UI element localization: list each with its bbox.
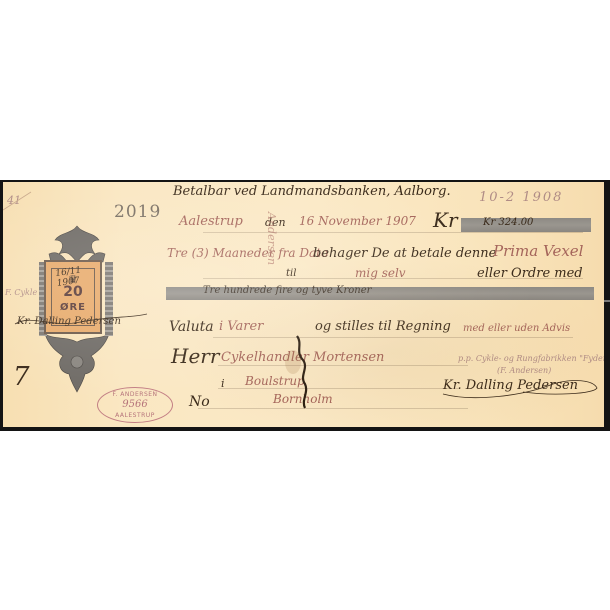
oval-dealer-stamp: F. ANDERSEN 9566 AALESTRUP (97, 387, 173, 423)
town-line (218, 388, 458, 389)
stamp-signature-flourish (11, 310, 151, 330)
date-written: 16 November 1907 (299, 214, 416, 228)
valuta-value: i Varer (219, 319, 263, 334)
oval-stamp-number: 9566 (98, 399, 172, 410)
date-line (203, 232, 583, 233)
term-text: Tre (3) Maaneder fra Dato (167, 246, 328, 260)
ornament-top-icon (41, 224, 113, 264)
serial-number: 2019 (114, 202, 161, 222)
drawee-line (218, 365, 468, 366)
payable-line: Betalbar ved Landmandsbanken, Aalborg. (173, 184, 451, 199)
region-line (198, 408, 468, 409)
margin-corner-stroke (3, 190, 33, 212)
signature-flourish (433, 372, 603, 402)
herr-label: Herr (171, 344, 219, 368)
received-date-stamp: 10-2 1908 (479, 190, 563, 205)
valuta-label: Valuta (169, 319, 214, 335)
place: Aalestrup (179, 214, 243, 229)
ink-blot-mark (283, 332, 323, 412)
ornament-bottom-icon (39, 332, 115, 394)
valuta-line (213, 337, 573, 338)
advis-option: med eller uden Advis (463, 323, 570, 334)
payee: mig selv (355, 266, 406, 280)
scan-edge-tab (604, 300, 610, 302)
margin-number-left: 7 (13, 362, 30, 392)
regning-text: og stilles til Regning (315, 319, 451, 334)
oval-stamp-name: F. ANDERSEN (98, 391, 172, 398)
i-label: i (221, 377, 225, 390)
order-text: eller Ordre med (477, 266, 583, 281)
vexel-type: Prima Vexel (493, 242, 583, 260)
oval-stamp-town: AALESTRUP (98, 412, 172, 419)
til-label: til (286, 268, 296, 279)
amount-value: Kr 324.00 (483, 217, 533, 228)
amount-in-words: Tre hundrede fire og tyve Kroner (203, 285, 371, 296)
amount-label: Kr (433, 208, 458, 232)
bill-of-exchange: 41 7 2019 F. Cykle ♛ 20 ØRE 16/11 1907 K… (3, 182, 604, 427)
stamp-endorsement-left: F. Cykle (5, 288, 37, 297)
pay-instruction: behager De at betale denne (313, 246, 496, 261)
drawer-print-line1: p.p. Cykle- og Rungfabrikken "Fyden" (458, 354, 604, 363)
cross-endorsement: Andersen (265, 212, 278, 265)
no-label: No (189, 394, 210, 410)
